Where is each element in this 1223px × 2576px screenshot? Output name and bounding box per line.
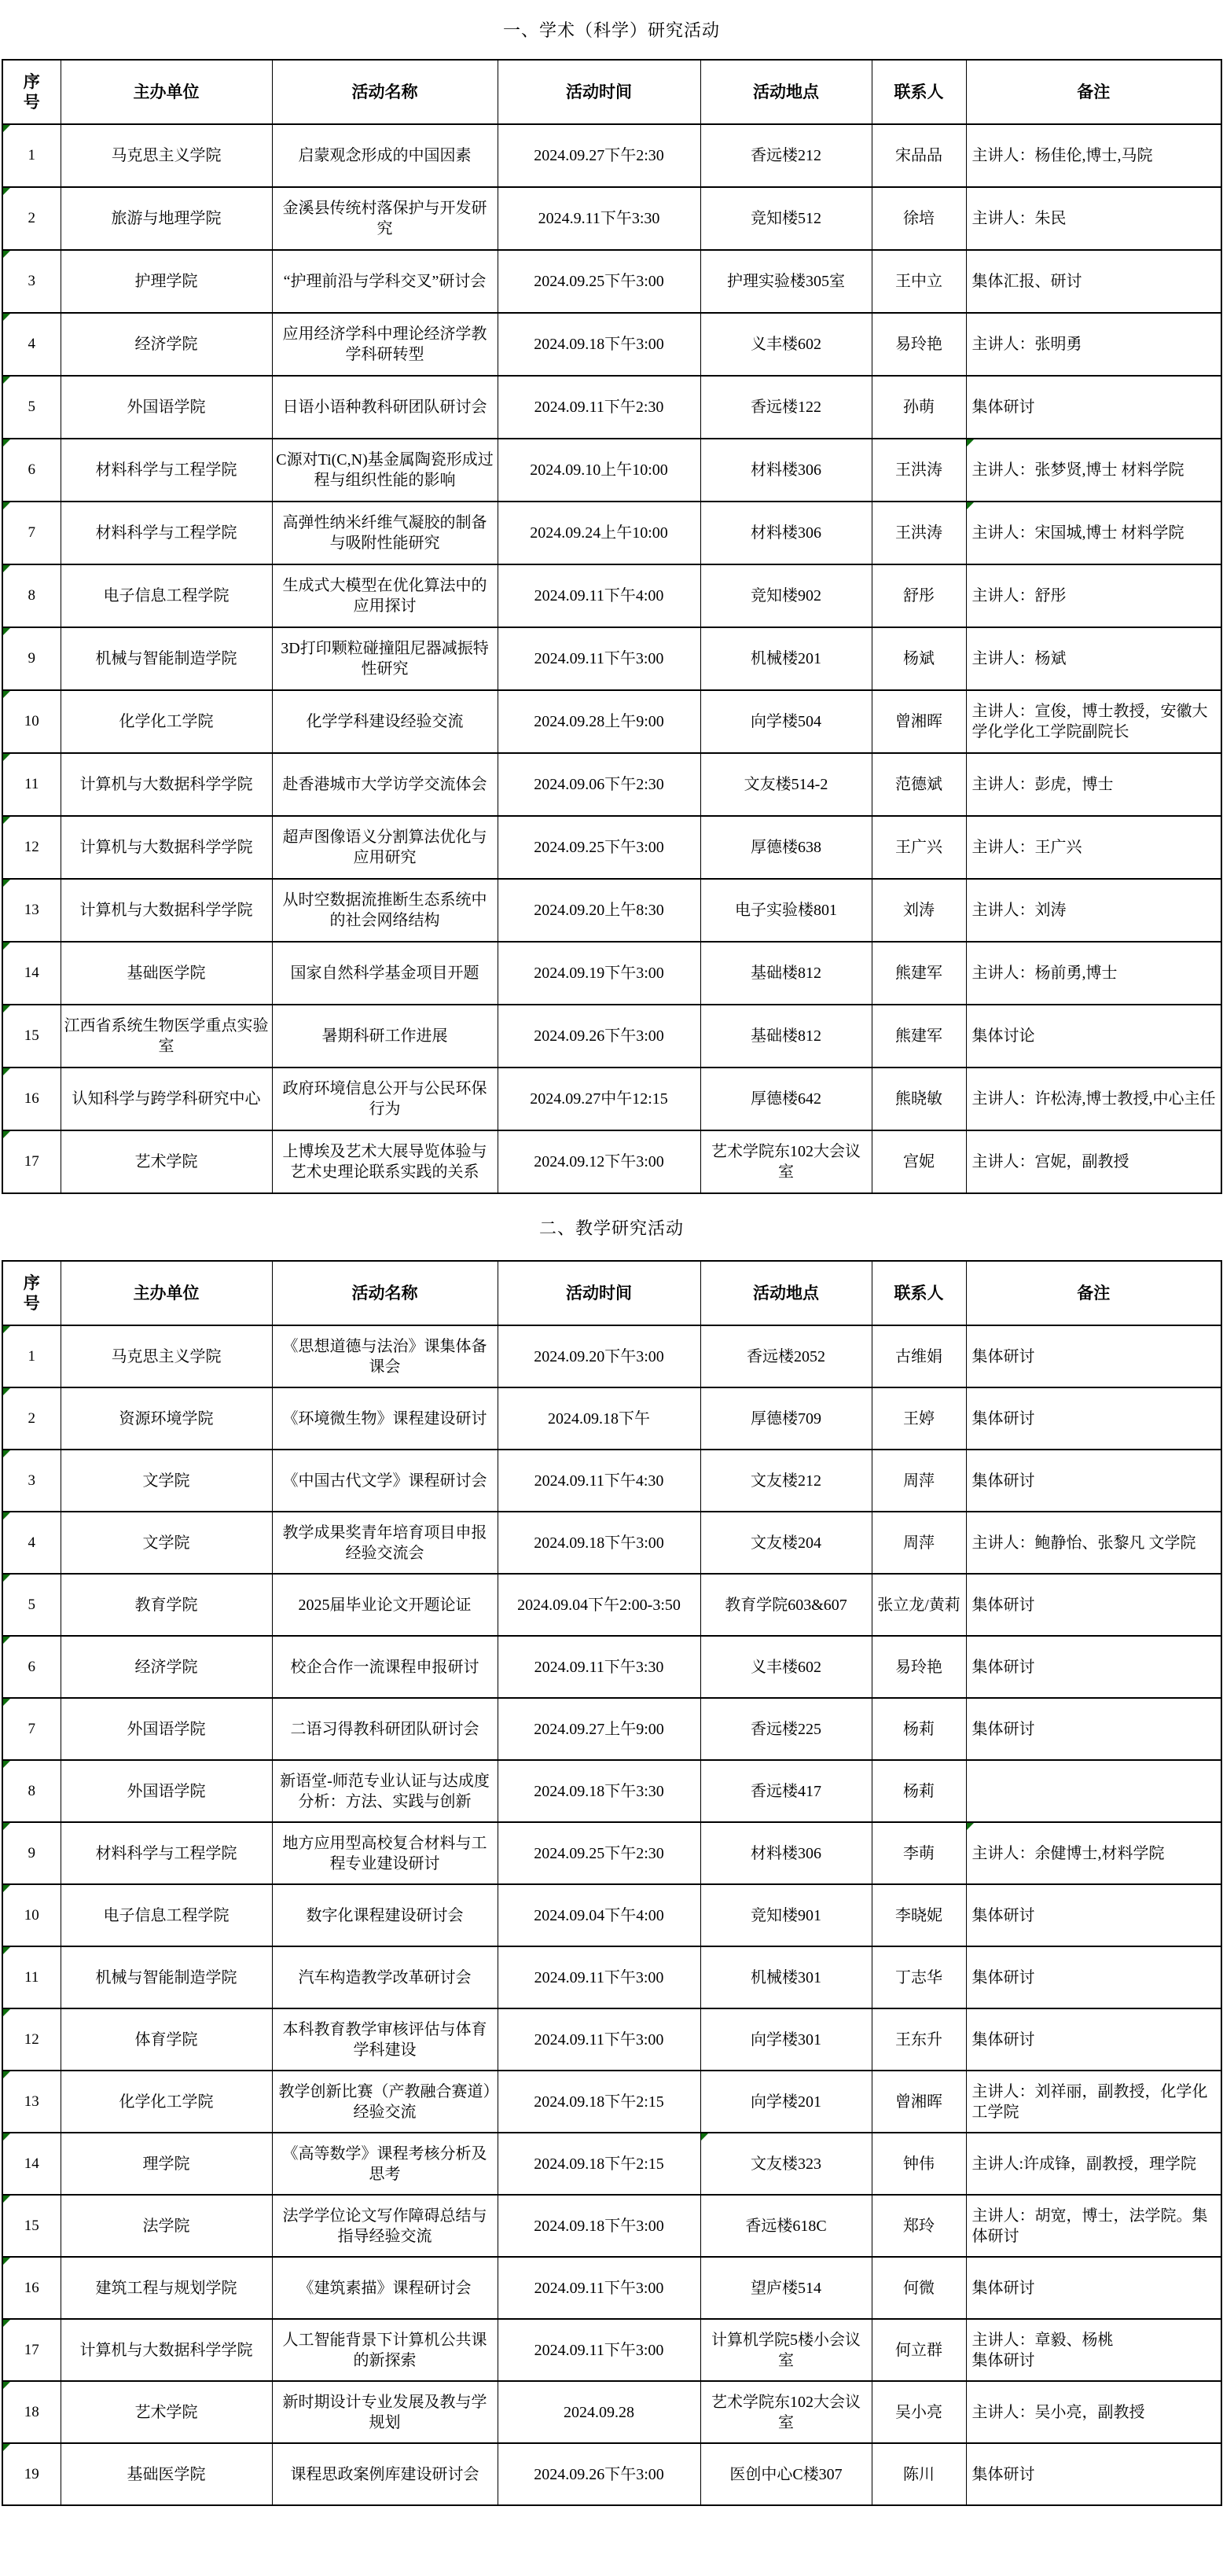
table-row: 4文学院教学成果奖青年培育项目申报经验交流会2024.09.18下午3:00文友… — [2, 1512, 1221, 1574]
cell-text: 2024.09.20下午3:00 — [534, 1348, 664, 1365]
cell-time: 2024.09.27下午2:30 — [498, 124, 700, 187]
cell-no: 2 — [2, 1387, 61, 1450]
cell-corner-marker-icon — [3, 1575, 10, 1582]
cell-text: 向学楼301 — [751, 2031, 821, 2049]
cell-text: 易玲艳 — [895, 336, 942, 353]
cell-text: 2024.9.11下午3:30 — [538, 210, 660, 227]
cell-name: 二语习得教科研团队研讨会 — [272, 1698, 498, 1760]
table-row: 1马克思主义学院《思想道德与法治》课集体备课会2024.09.20下午3:00香… — [2, 1325, 1221, 1387]
cell-no: 5 — [2, 1574, 61, 1636]
cell-time: 2024.09.28 — [498, 2381, 700, 2443]
cell-name: 教学创新比赛（产教融合赛道）经验交流 — [272, 2071, 498, 2133]
cell-text: 集体讨论 — [972, 1027, 1035, 1045]
cell-text: 教学成果奖青年培育项目申报经验交流会 — [283, 1524, 487, 1562]
cell-org: 计算机与大数据科学学院 — [61, 753, 272, 816]
cell-time: 2024.09.25下午2:30 — [498, 1822, 700, 1884]
cell-text: 机械楼301 — [751, 1969, 821, 1986]
cell-time: 2024.09.10上午10:00 — [498, 439, 700, 502]
cell-text: 曾湘晖 — [895, 713, 942, 730]
header-cell-no: 序 号 — [2, 60, 61, 124]
cell-place: 基础楼812 — [700, 1005, 872, 1068]
cell-text: 2024.09.11下午2:30 — [534, 399, 664, 416]
cell-text: 杨莉 — [903, 1783, 935, 1800]
cell-org: 计算机与大数据科学学院 — [61, 879, 272, 942]
cell-text: 2024.09.24上午10:00 — [530, 524, 668, 542]
cell-text: 新语堂-师范专业认证与达成度分析：方法、实践与创新 — [280, 1773, 490, 1810]
cell-text: 2024.09.04下午4:00 — [534, 1907, 664, 1924]
cell-contact: 范德斌 — [872, 753, 966, 816]
cell-text: 应用经济学科中理论经济学教学科研转型 — [283, 325, 487, 363]
cell-time: 2024.09.11下午3:30 — [498, 1636, 700, 1698]
cell-name: 国家自然科学基金项目开题 — [272, 942, 498, 1005]
cell-time: 2024.09.11下午3:00 — [498, 627, 700, 690]
cell-remark: 主讲人：朱民 — [966, 187, 1221, 250]
cell-org: 材料科学与工程学院 — [61, 502, 272, 564]
cell-text: 化学化工学院 — [119, 2093, 214, 2111]
cell-contact: 周萍 — [872, 1450, 966, 1512]
cell-text: 12 — [24, 2031, 39, 2048]
cell-text: 刘涛 — [903, 902, 935, 919]
cell-contact: 杨莉 — [872, 1760, 966, 1822]
cell-contact: 刘涛 — [872, 879, 966, 942]
cell-org: 化学化工学院 — [61, 2071, 272, 2133]
cell-text: 主讲人：张明勇 — [972, 336, 1082, 353]
cell-text: 集体研讨 — [972, 1969, 1035, 1986]
cell-place: 艺术学院东102大会议室 — [700, 2381, 872, 2443]
cell-text: 9 — [28, 1845, 36, 1861]
cell-text: 13 — [24, 902, 39, 918]
cell-text: 江西省系统生物医学重点实验室 — [64, 1017, 269, 1055]
cell-text: 向学楼201 — [751, 2093, 821, 2111]
cell-remark: 集体汇报、研讨 — [966, 250, 1221, 313]
table-row: 7外国语学院二语习得教科研团队研讨会2024.09.27上午9:00香远楼225… — [2, 1698, 1221, 1760]
cell-text: 竞知楼512 — [751, 210, 821, 227]
cell-corner-marker-icon — [3, 125, 10, 132]
cell-org: 旅游与地理学院 — [61, 187, 272, 250]
cell-name: 《环境微生物》课程建设研讨 — [272, 1387, 498, 1450]
cell-text: 厚德楼642 — [751, 1090, 821, 1108]
cell-text: 文友楼204 — [751, 1534, 821, 1552]
cell-text: 5 — [28, 1597, 36, 1613]
cell-remark: 主讲人：刘涛 — [966, 879, 1221, 942]
cell-text: 文友楼323 — [751, 2155, 821, 2173]
cell-remark: 主讲人：宋国城,博士 材料学院 — [966, 502, 1221, 564]
cell-place: 文友楼323 — [700, 2133, 872, 2195]
table-row: 6经济学院校企合作一流课程申报研讨2024.09.11下午3:30义丰楼602易… — [2, 1636, 1221, 1698]
cell-place: 文友楼514-2 — [700, 753, 872, 816]
cell-org: 化学化工学院 — [61, 690, 272, 753]
cell-contact: 李萌 — [872, 1822, 966, 1884]
cell-no: 13 — [2, 2071, 61, 2133]
cell-text: 杨斌 — [903, 650, 935, 667]
cell-contact: 王婷 — [872, 1387, 966, 1450]
table-row: 18艺术学院新时期设计专业发展及教与学规划2024.09.28艺术学院东102大… — [2, 2381, 1221, 2443]
cell-no: 7 — [2, 502, 61, 564]
cell-remark: 集体研讨 — [966, 1946, 1221, 2008]
cell-place: 计算机学院5楼小会议室 — [700, 2319, 872, 2381]
cell-text: 机械与智能制造学院 — [96, 650, 237, 667]
cell-corner-marker-icon — [3, 251, 10, 258]
cell-no: 8 — [2, 564, 61, 627]
cell-remark: 集体研讨 — [966, 1450, 1221, 1512]
cell-no: 13 — [2, 879, 61, 942]
cell-corner-marker-icon — [967, 1823, 974, 1830]
cell-name: 生成式大模型在优化算法中的应用探讨 — [272, 564, 498, 627]
cell-text: 2024.09.04下午2:00-3:50 — [517, 1597, 681, 1614]
cell-org: 艺术学院 — [61, 1130, 272, 1193]
cell-text: 14 — [24, 2155, 39, 2172]
cell-text: 2024.09.28上午9:00 — [534, 713, 664, 730]
cell-remark: 集体研讨 — [966, 1574, 1221, 1636]
cell-name: 政府环境信息公开与公民环保行为 — [272, 1068, 498, 1130]
cell-text: 机械与智能制造学院 — [96, 1969, 237, 1986]
cell-remark: 主讲人：鲍静怡、张黎凡 文学院 — [966, 1512, 1221, 1574]
header-cell-remark: 备注 — [966, 60, 1221, 124]
cell-text: 《中国古代文学》课程研讨会 — [283, 1472, 487, 1490]
header-cell-contact: 联系人 — [872, 60, 966, 124]
table-row: 9机械与智能制造学院3D打印颗粒碰撞阻尼器减振特性研究2024.09.11下午3… — [2, 627, 1221, 690]
cell-text: 理学院 — [143, 2155, 190, 2173]
table-row: 2旅游与地理学院金溪县传统村落保护与开发研究2024.9.11下午3:30竞知楼… — [2, 187, 1221, 250]
cell-corner-marker-icon — [3, 1947, 10, 1954]
cell-text: 2024.09.06下午2:30 — [534, 776, 664, 793]
cell-time: 2024.9.11下午3:30 — [498, 187, 700, 250]
table-row: 11计算机与大数据科学学院赴香港城市大学访学交流体会2024.09.06下午2:… — [2, 753, 1221, 816]
cell-text: 孙萌 — [903, 399, 935, 416]
cell-text: 艺术学院东102大会议室 — [711, 2394, 861, 2431]
cell-place: 文友楼212 — [700, 1450, 872, 1512]
cell-remark: 集体研讨 — [966, 1884, 1221, 1946]
cell-remark: 主讲人：吴小亮，副教授 — [966, 2381, 1221, 2443]
table-row: 9材料科学与工程学院地方应用型高校复合材料与工程专业建设研讨2024.09.25… — [2, 1822, 1221, 1884]
table-row: 14理学院《高等数学》课程考核分析及思考2024.09.18下午2:15文友楼3… — [2, 2133, 1221, 2195]
cell-text: 7 — [28, 1721, 36, 1737]
cell-text: 计算机与大数据科学学院 — [80, 839, 253, 856]
cell-text: 教育学院603&607 — [725, 1597, 847, 1614]
cell-text: 文学院 — [143, 1534, 190, 1552]
cell-text: 2024.09.25下午2:30 — [534, 1845, 664, 1862]
cell-time: 2024.09.11下午3:00 — [498, 2008, 700, 2071]
cell-remark: 集体研讨 — [966, 1698, 1221, 1760]
cell-text: 经济学院 — [135, 336, 198, 353]
cell-text: 12 — [24, 839, 39, 855]
cell-text: 教育学院 — [135, 1597, 198, 1614]
cell-text: 2024.09.18下午 — [548, 1410, 650, 1428]
cell-name: 汽车构造教学改革研讨会 — [272, 1946, 498, 2008]
cell-time: 2024.09.24上午10:00 — [498, 502, 700, 564]
cell-corner-marker-icon — [701, 2133, 708, 2141]
cell-text: 化学化工学院 — [119, 713, 214, 730]
cell-contact: 熊建军 — [872, 942, 966, 1005]
cell-time: 2024.09.18下午3:30 — [498, 1760, 700, 1822]
cell-text: 周萍 — [903, 1472, 935, 1490]
cell-contact: 王洪涛 — [872, 502, 966, 564]
cell-text: 2024.09.27上午9:00 — [534, 1721, 664, 1738]
cell-contact: 徐培 — [872, 187, 966, 250]
cell-corner-marker-icon — [3, 377, 10, 384]
cell-text: 5 — [28, 399, 36, 415]
cell-no: 9 — [2, 1822, 61, 1884]
cell-text: 暑期科研工作进展 — [322, 1027, 448, 1045]
cell-no: 12 — [2, 2008, 61, 2071]
cell-org: 经济学院 — [61, 1636, 272, 1698]
cell-no: 18 — [2, 2381, 61, 2443]
cell-text: 本科教育教学审核评估与体育学科建设 — [283, 2021, 487, 2059]
header-cell-place: 活动地点 — [700, 1261, 872, 1325]
cell-remark: 主讲人：章毅、杨桃 集体研讨 — [966, 2319, 1221, 2381]
cell-remark: 主讲人：杨前勇,博士 — [966, 942, 1221, 1005]
cell-contact: 曾湘晖 — [872, 2071, 966, 2133]
cell-place: 教育学院603&607 — [700, 1574, 872, 1636]
cell-text: 启蒙观念形成的中国因素 — [299, 147, 472, 164]
cell-contact: 杨斌 — [872, 627, 966, 690]
cell-text: 新时期设计专业发展及教与学规划 — [283, 2394, 487, 2431]
cell-text: 集体研讨 — [972, 1721, 1035, 1738]
cell-no: 16 — [2, 2257, 61, 2319]
cell-place: 向学楼201 — [700, 2071, 872, 2133]
cell-text: 金溪县传统村落保护与开发研究 — [283, 200, 487, 237]
cell-contact: 熊建军 — [872, 1005, 966, 1068]
cell-no: 7 — [2, 1698, 61, 1760]
header-cell-contact: 联系人 — [872, 1261, 966, 1325]
cell-text: 郑玲 — [903, 2218, 935, 2235]
cell-text: 集体研讨 — [972, 1410, 1035, 1428]
table-body: 1马克思主义学院《思想道德与法治》课集体备课会2024.09.20下午3:00香… — [2, 1325, 1221, 2505]
cell-corner-marker-icon — [3, 1326, 10, 1333]
cell-text: 法学学位论文写作障碍总结与指导经验交流 — [283, 2207, 487, 2245]
cell-corner-marker-icon — [3, 439, 10, 446]
cell-text: 1 — [28, 147, 36, 164]
cell-time: 2024.09.18下午3:00 — [498, 313, 700, 376]
cell-no: 15 — [2, 2195, 61, 2257]
cell-text: 8 — [28, 1783, 36, 1799]
cell-place: 竞知楼901 — [700, 1884, 872, 1946]
cell-text: 2024.09.25下午3:00 — [534, 839, 664, 856]
table-row: 8外国语学院新语堂-师范专业认证与达成度分析：方法、实践与创新2024.09.1… — [2, 1760, 1221, 1822]
cell-time: 2024.09.12下午3:00 — [498, 1130, 700, 1193]
cell-text: 人工智能背景下计算机公共课的新探索 — [283, 2332, 487, 2369]
cell-org: 外国语学院 — [61, 376, 272, 439]
cell-contact: 宫妮 — [872, 1130, 966, 1193]
cell-org: 江西省系统生物医学重点实验室 — [61, 1005, 272, 1068]
header-cell-name: 活动名称 — [272, 60, 498, 124]
cell-text: 香远楼2052 — [747, 1348, 825, 1365]
cell-text: 古维娟 — [895, 1348, 942, 1365]
cell-text: 电子实验楼801 — [735, 902, 837, 919]
cell-place: 竞知楼512 — [700, 187, 872, 250]
cell-corner-marker-icon — [3, 943, 10, 950]
cell-text: 7 — [28, 524, 36, 541]
cell-text: 2024.09.11下午3:30 — [534, 1659, 664, 1676]
cell-text: 2024.09.18下午2:15 — [534, 2155, 664, 2173]
cell-corner-marker-icon — [3, 2133, 10, 2141]
cell-no: 6 — [2, 439, 61, 502]
cell-time: 2024.09.18下午3:00 — [498, 2195, 700, 2257]
cell-text: 2024.09.11下午3:00 — [534, 1969, 664, 1986]
cell-text: 熊建军 — [895, 965, 942, 982]
cell-text: 集体研讨 — [972, 1659, 1035, 1676]
cell-corner-marker-icon — [3, 628, 10, 635]
cell-text: 上博埃及艺术大展导览体验与艺术史理论联系实践的关系 — [283, 1143, 487, 1181]
cell-text: 2024.09.18下午3:30 — [534, 1783, 664, 1800]
cell-text: 《环境微生物》课程建设研讨 — [283, 1410, 487, 1428]
cell-corner-marker-icon — [3, 2009, 10, 2016]
cell-corner-marker-icon — [3, 1885, 10, 1892]
cell-name: 赴香港城市大学访学交流体会 — [272, 753, 498, 816]
cell-text: 文友楼212 — [751, 1472, 821, 1490]
cell-text: 2024.09.18下午2:15 — [534, 2093, 664, 2111]
header-cell-no: 序 号 — [2, 1261, 61, 1325]
cell-time: 2024.09.20下午3:00 — [498, 1325, 700, 1387]
cell-text: 主讲人：刘祥丽，副教授，化学化工学院 — [972, 2083, 1208, 2121]
cell-place: 艺术学院东102大会议室 — [700, 1130, 872, 1193]
cell-text: 2024.09.27中午12:15 — [530, 1090, 668, 1108]
cell-text: 香远楼225 — [751, 1721, 821, 1738]
cell-text: 资源环境学院 — [119, 1410, 214, 1428]
cell-text: 3 — [28, 273, 36, 289]
cell-corner-marker-icon — [3, 1450, 10, 1457]
cell-name: 新时期设计专业发展及教与学规划 — [272, 2381, 498, 2443]
cell-org: 材料科学与工程学院 — [61, 439, 272, 502]
cell-text: 外国语学院 — [127, 399, 206, 416]
cell-text: 王中立 — [895, 273, 942, 290]
cell-contact: 杨莉 — [872, 1698, 966, 1760]
cell-text: 汽车构造教学改革研讨会 — [299, 1969, 472, 1986]
cell-text: “护理前沿与学科交叉”研讨会 — [284, 273, 487, 290]
cell-no: 8 — [2, 1760, 61, 1822]
cell-text: 李萌 — [903, 1845, 935, 1862]
cell-text: 数字化课程建设研讨会 — [307, 1907, 464, 1924]
cell-corner-marker-icon — [3, 2382, 10, 2389]
cell-text: 2024.09.11下午3:00 — [534, 2280, 664, 2297]
cell-time: 2024.09.27上午9:00 — [498, 1698, 700, 1760]
cell-corner-marker-icon — [3, 314, 10, 321]
cell-name: 《高等数学》课程考核分析及思考 — [272, 2133, 498, 2195]
cell-text: 何立群 — [895, 2342, 942, 2359]
cell-text: 主讲人：彭虎，博士 — [972, 776, 1114, 793]
cell-text: 4 — [28, 336, 36, 352]
cell-text: 集体汇报、研讨 — [972, 273, 1082, 290]
cell-text: 集体研讨 — [972, 399, 1035, 416]
cell-text: 集体研讨 — [972, 1472, 1035, 1490]
cell-org: 外国语学院 — [61, 1698, 272, 1760]
cell-remark: 主讲人：胡宽，博士，法学院。集体研讨 — [966, 2195, 1221, 2257]
cell-text: 2024.09.18下午3:00 — [534, 336, 664, 353]
cell-contact: 王广兴 — [872, 816, 966, 879]
cell-name: 《建筑素描》课程研讨会 — [272, 2257, 498, 2319]
cell-name: 化学学科建设经验交流 — [272, 690, 498, 753]
cell-corner-marker-icon — [3, 1131, 10, 1138]
cell-text: 计算机学院5楼小会议室 — [711, 2332, 861, 2369]
cell-text: 10 — [24, 713, 39, 729]
cell-text: 15 — [24, 2218, 39, 2234]
cell-no: 3 — [2, 250, 61, 313]
cell-text: 范德斌 — [895, 776, 942, 793]
cell-remark: 集体讨论 — [966, 1005, 1221, 1068]
cell-time: 2024.09.11下午4:30 — [498, 1450, 700, 1512]
cell-no: 12 — [2, 816, 61, 879]
cell-corner-marker-icon — [3, 1699, 10, 1706]
cell-name: 超声图像语义分割算法优化与应用研究 — [272, 816, 498, 879]
cell-text: 课程思政案例库建设研讨会 — [291, 2466, 479, 2483]
cell-place: 材料楼306 — [700, 439, 872, 502]
cell-text: 政府环境信息公开与公民环保行为 — [283, 1080, 487, 1118]
cell-text: 19 — [24, 2466, 39, 2482]
header-cell-place: 活动地点 — [700, 60, 872, 124]
cell-corner-marker-icon — [3, 1068, 10, 1075]
cell-time: 2024.09.19下午3:00 — [498, 942, 700, 1005]
cell-text: 14 — [24, 965, 39, 981]
table-row: 14基础医学院国家自然科学基金项目开题2024.09.19下午3:00基础楼81… — [2, 942, 1221, 1005]
cell-place: 向学楼301 — [700, 2008, 872, 2071]
cell-remark: 主讲人：余健博士,材料学院 — [966, 1822, 1221, 1884]
cell-text: 艺术学院 — [135, 1153, 198, 1170]
cell-no: 4 — [2, 313, 61, 376]
cell-org: 文学院 — [61, 1512, 272, 1574]
cell-no: 10 — [2, 690, 61, 753]
cell-text: 马克思主义学院 — [112, 1348, 222, 1365]
cell-text: 基础医学院 — [127, 965, 206, 982]
cell-text: 16 — [24, 2280, 39, 2296]
cell-text: 1 — [28, 1348, 36, 1365]
cell-text: 向学楼504 — [751, 713, 821, 730]
cell-time: 2024.09.18下午 — [498, 1387, 700, 1450]
cell-text: 2024.09.18下午3:00 — [534, 1534, 664, 1552]
cell-text: 超声图像语义分割算法优化与应用研究 — [283, 829, 487, 866]
cell-corner-marker-icon — [3, 502, 10, 509]
cell-text: 集体研讨 — [972, 1597, 1035, 1614]
cell-text: 王洪涛 — [895, 461, 942, 479]
cell-text: 教学创新比赛（产教融合赛道）经验交流 — [279, 2083, 491, 2121]
cell-text: 主讲人：宣俊，博士教授，安徽大学化学化工学院副院长 — [972, 703, 1208, 740]
cell-remark: 集体研讨 — [966, 2257, 1221, 2319]
cell-text: 望庐楼514 — [751, 2280, 821, 2297]
cell-text: 集体研讨 — [972, 2466, 1035, 2483]
cell-no: 14 — [2, 2133, 61, 2195]
cell-name: 本科教育教学审核评估与体育学科建设 — [272, 2008, 498, 2071]
cell-time: 2024.09.26下午3:00 — [498, 2443, 700, 2505]
cell-text: 17 — [24, 1153, 39, 1170]
cell-no: 11 — [2, 1946, 61, 2008]
cell-no: 5 — [2, 376, 61, 439]
cell-contact: 张立龙/黄莉 — [872, 1574, 966, 1636]
table-row: 12计算机与大数据科学学院超声图像语义分割算法优化与应用研究2024.09.25… — [2, 816, 1221, 879]
cell-place: 香远楼212 — [700, 124, 872, 187]
cell-text: 张立龙/黄莉 — [877, 1597, 960, 1614]
cell-contact: 易玲艳 — [872, 313, 966, 376]
cell-remark: 主讲人：许松涛,博士教授,中心主任 — [966, 1068, 1221, 1130]
cell-remark: 集体研讨 — [966, 1387, 1221, 1450]
cell-text: 竞知楼901 — [751, 1907, 821, 1924]
cell-text: 舒彤 — [903, 587, 935, 604]
cell-place: 材料楼306 — [700, 502, 872, 564]
cell-place: 义丰楼602 — [700, 313, 872, 376]
cell-text: 2024.09.26下午3:00 — [534, 1027, 664, 1045]
teaching-activities-table: 序 号 主办单位 活动名称 活动时间 活动地点 联系人 备注 1马克思主义学院《… — [2, 1260, 1222, 2506]
cell-text: 体育学院 — [135, 2031, 198, 2049]
cell-org: 外国语学院 — [61, 1760, 272, 1822]
cell-text: 3D打印颗粒碰撞阻尼器减振特性研究 — [281, 640, 488, 678]
cell-no: 11 — [2, 753, 61, 816]
cell-text: 艺术学院东102大会议室 — [711, 1143, 861, 1181]
cell-text: 香远楼212 — [751, 147, 821, 164]
cell-time: 2024.09.18下午2:15 — [498, 2071, 700, 2133]
cell-org: 马克思主义学院 — [61, 1325, 272, 1387]
cell-text: 《思想道德与法治》课集体备课会 — [283, 1338, 487, 1376]
cell-text: 香远楼618C — [745, 2218, 826, 2235]
cell-contact: 熊晓敏 — [872, 1068, 966, 1130]
cell-time: 2024.09.26下午3:00 — [498, 1005, 700, 1068]
